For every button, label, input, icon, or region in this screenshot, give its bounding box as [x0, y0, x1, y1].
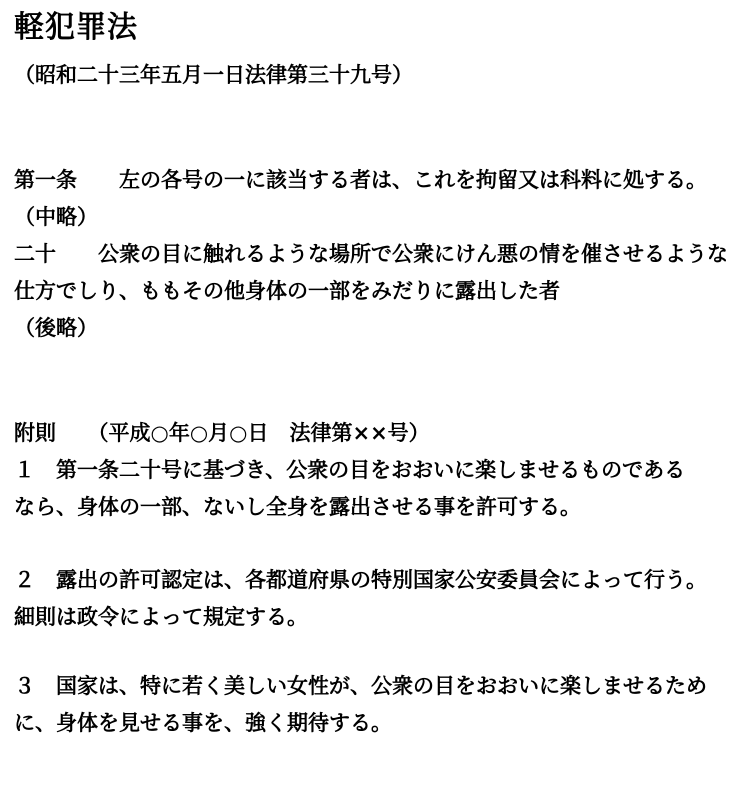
clause-3-line-1: ３ 国家は、特に若く美しい女性が、公衆の目をおおいに楽しませるため: [14, 668, 726, 705]
clause-2-block: ２ 露出の許可認定は、各都道府県の特別国家公安委員会によって行う。 細則は政令に…: [14, 562, 726, 636]
supplementary-provisions-section: 附則 （平成○年○月○日 法律第××号） １ 第一条二十号に基づき、公衆の目をお…: [14, 415, 726, 526]
clause-3-line-2: に、身体を見せる事を、強く期待する。: [14, 705, 726, 742]
item-20-line-1: 二十 公衆の目に触れるような場所で公衆にけん悪の情を催させるような: [14, 236, 726, 273]
clause-1-line-2: なら、身体の一部、ないし全身を露出させる事を許可する。: [14, 489, 726, 526]
clause-1-line-1: １ 第一条二十号に基づき、公衆の目をおおいに楽しませるものである: [14, 452, 726, 489]
clause-2-line-1: ２ 露出の許可認定は、各都道府県の特別国家公安委員会によって行う。: [14, 562, 726, 599]
law-document-page: 軽犯罪法 （昭和二十三年五月一日法律第三十九号） 第一条 左の各号の一に該当する…: [0, 0, 736, 791]
clause-2-line-2: 細則は政令によって規定する。: [14, 599, 726, 636]
omission-middle-note: （中略）: [14, 199, 726, 236]
omission-after-note: （後略）: [14, 310, 726, 347]
supplementary-heading: 附則 （平成○年○月○日 法律第××号）: [14, 415, 726, 452]
clause-3-block: ３ 国家は、特に若く美しい女性が、公衆の目をおおいに楽しませるため に、身体を見…: [14, 668, 726, 742]
main-body-section: 第一条 左の各号の一に該当する者は、これを拘留又は科料に処する。 （中略） 二十…: [14, 162, 726, 347]
item-20-line-2: 仕方でしり、ももその他身体の一部をみだりに露出した者: [14, 273, 726, 310]
enactment-note: （昭和二十三年五月一日法律第三十九号）: [14, 60, 726, 90]
article-1-text: 第一条 左の各号の一に該当する者は、これを拘留又は科料に処する。: [14, 162, 726, 199]
page-title: 軽犯罪法: [14, 8, 726, 48]
